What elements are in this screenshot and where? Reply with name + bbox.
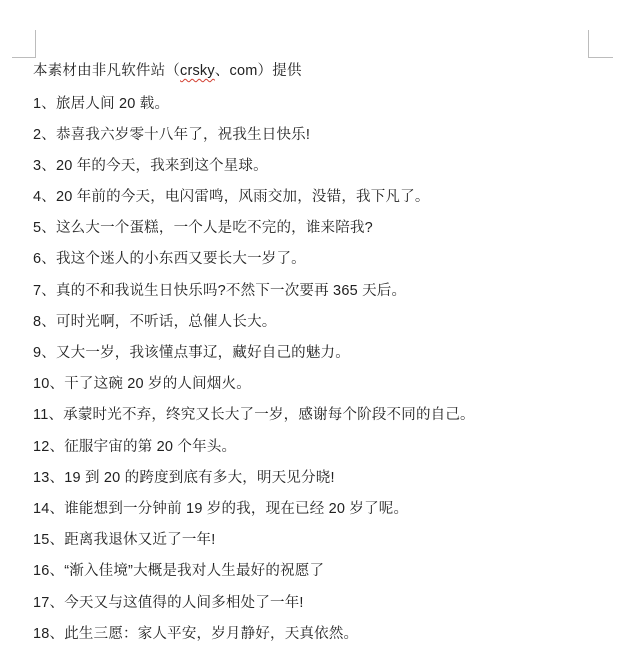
quote-line: 13、19 到 20 的跨度到底有多大，明天见分晓! [33,470,595,486]
quote-line: 5、这么大一个蛋糕，一个人是吃不完的，谁来陪我? [33,220,595,236]
text-boundary-mark-top-right-vertical [588,30,589,57]
quote-line: 16、“渐入佳境”大概是我对人生最好的祝愿了 [33,563,595,579]
attribution-suffix: ）提供 [258,63,302,79]
quote-line: 8、可时光啊，不听话，总催人长大。 [33,314,595,330]
attribution-domain-suffix: com [230,63,258,79]
quote-line: 4、20 年前的今天，电闪雷鸣，风雨交加，没错，我下凡了。 [33,189,595,205]
quote-line: 7、真的不和我说生日快乐吗?不然下一次要再 365 天后。 [33,283,595,299]
attribution-prefix: 本素材由非凡软件站（ [33,63,180,79]
quote-line: 3、20 年的今天，我来到这个星球。 [33,158,595,174]
quote-line: 2、恭喜我六岁零十八年了，祝我生日快乐! [33,127,595,143]
quote-line: 18、此生三愿：家人平安，岁月静好，天真依然。 [33,626,595,642]
attribution-separator: 、 [215,63,230,79]
quote-line: 15、距离我退休又近了一年! [33,532,595,548]
attribution-site-name: crsky [180,63,215,79]
source-attribution-line: 本素材由非凡软件站（crsky、com）提供 [33,63,595,79]
quote-line: 10、干了这碗 20 岁的人间烟火。 [33,376,595,392]
document-body: 本素材由非凡软件站（crsky、com）提供 1、旅居人间 20 载。2、恭喜我… [33,63,595,654]
text-boundary-mark-top-left-horizontal [12,57,36,58]
quote-line: 12、征服宇宙的第 20 个年头。 [33,439,595,455]
quote-line: 11、承蒙时光不弃，终究又长大了一岁，感谢每个阶段不同的自己。 [33,407,595,423]
quote-list: 1、旅居人间 20 载。2、恭喜我六岁零十八年了，祝我生日快乐!3、20 年的今… [33,96,595,642]
text-boundary-mark-top-right-horizontal [588,57,613,58]
quote-line: 17、今天又与这值得的人间多相处了一年! [33,595,595,611]
text-boundary-mark-top-left-vertical [35,30,36,57]
quote-line: 14、谁能想到一分钟前 19 岁的我，现在已经 20 岁了呢。 [33,501,595,517]
quote-line: 6、我这个迷人的小东西又要长大一岁了。 [33,251,595,267]
quote-line: 9、又大一岁，我该懂点事辽，藏好自己的魅力。 [33,345,595,361]
document-page: { "page": { "background": "#ffffff", "te… [0,0,619,654]
quote-line: 1、旅居人间 20 载。 [33,96,595,112]
